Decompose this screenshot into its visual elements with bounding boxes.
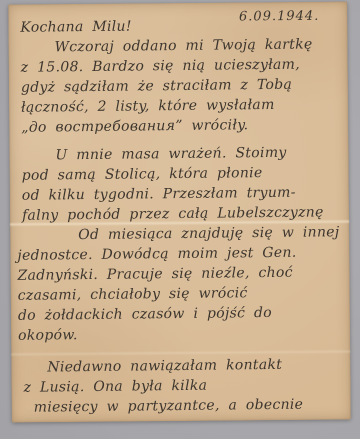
letter-line: miesięcy w partyzantce, a obecnie <box>24 394 345 418</box>
photo-backdrop: 6.09.1944. Kochana Milu! Wczoraj oddano … <box>0 0 360 439</box>
letter-line: „до востребования” wróciły. <box>21 114 342 138</box>
letter-card: 6.09.1944. Kochana Milu! Wczoraj oddano … <box>8 2 351 423</box>
letter-body: Kochana Milu! Wczoraj oddano mi Twoją ka… <box>20 15 344 418</box>
letter-line: okopów. <box>18 322 344 346</box>
